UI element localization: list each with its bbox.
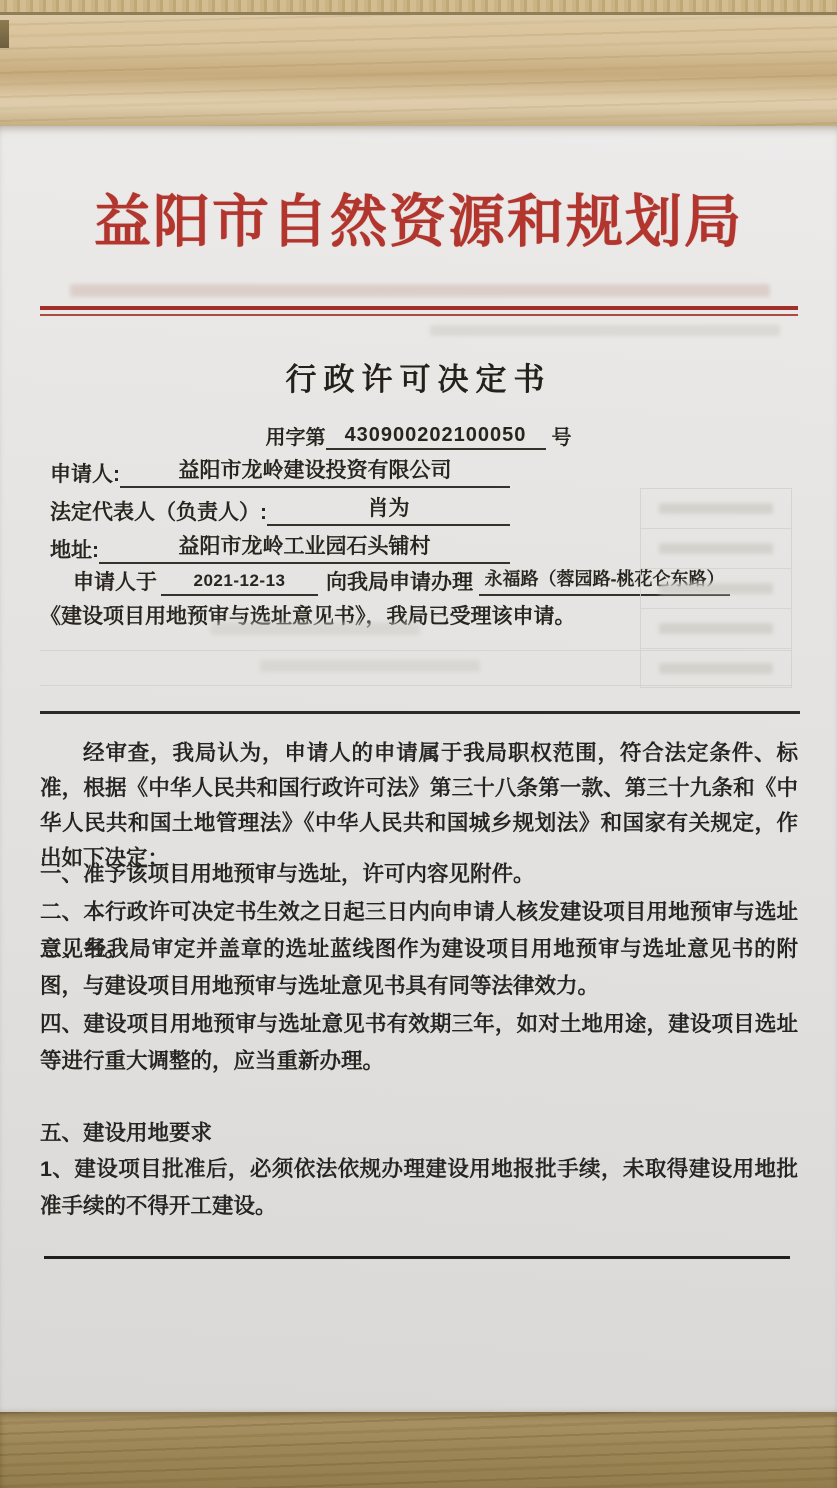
document-number-line: 用字第430900202100050号 [0, 416, 837, 450]
photo-of-document: 益阳市自然资源和规划局 行政许可决定书 用字第430900202100050号 … [0, 0, 837, 1488]
agency-title: 益阳市自然资源和规划局 [0, 176, 837, 258]
bleed-through-table-row [641, 649, 791, 689]
section-five-item-1: 1、建设项目批准后，必须依法依规办理建设用地报批手续，未取得建设用地批准手续的不… [40, 1151, 798, 1225]
bleed-through-line [40, 685, 792, 686]
bleed-through-table-row [641, 569, 791, 609]
document-number-suffix: 号 [552, 421, 572, 450]
application-prefix: 申请人于 [73, 566, 157, 596]
bleed-through-text-band [260, 660, 480, 672]
field-address-value: 益阳市龙岭工业园石头铺村 [99, 530, 510, 564]
bleed-through-text-band [70, 284, 770, 297]
application-middle-text: 向我局申请办理 [326, 566, 473, 596]
application-line: 申请人于 2021-12-13 向我局申请办理 永福路（蓉园路-桃花仑东路） [40, 560, 730, 596]
field-applicant: 申请人: 益阳市龙岭建设投资有限公司 [50, 456, 510, 488]
field-legal-representative-label: 法定代表人（负责人）: [50, 496, 267, 526]
red-header-rule-thin [40, 314, 798, 316]
decision-item-3: 三、经我局审定并盖章的选址蓝线图作为建设项目用地预审与选址意见书的附图，与建设项… [40, 931, 798, 1005]
application-date: 2021-12-13 [161, 571, 318, 596]
field-applicant-value: 益阳市龙岭建设投资有限公司 [120, 454, 510, 488]
section-five-title: 五、建设用地要求 [40, 1118, 798, 1148]
bleed-through-table [640, 488, 792, 688]
document-number-prefix: 用字第 [266, 421, 326, 450]
field-legal-representative-value: 肖为 [267, 492, 510, 526]
document-number-value: 430900202100050 [326, 424, 546, 450]
bleed-through-table-row [641, 609, 791, 649]
bleed-through-table-row [641, 529, 791, 569]
decision-item-1: 一、准予该项目用地预审与选址，许可内容见附件。 [40, 856, 798, 893]
field-applicant-label: 申请人: [50, 458, 120, 488]
decision-item-4: 四、建设项目用地预审与选址意见书有效期三年，如对土地用途，建设项目选址等进行重大… [40, 1006, 798, 1080]
section-divider-rule [40, 711, 800, 714]
bleed-through-text-band [210, 622, 420, 635]
document-paper: 益阳市自然资源和规划局 行政许可决定书 用字第430900202100050号 … [0, 126, 837, 1412]
review-paragraph: 经审查，我局认为，申请人的申请属于我局职权范围，符合法定条件、标准，根据《中华人… [40, 736, 798, 876]
wood-dark-notch [0, 20, 9, 48]
document-title: 行政许可决定书 [0, 354, 837, 399]
red-header-rule [40, 306, 798, 310]
wood-plank-edge [0, 0, 837, 15]
wood-table-bottom [0, 1412, 837, 1488]
bleed-through-line [40, 650, 792, 651]
wood-table-top [0, 0, 837, 126]
bottom-rule [44, 1256, 790, 1259]
bleed-through-text-band [430, 325, 780, 336]
field-legal-representative: 法定代表人（负责人）: 肖为 [50, 494, 510, 526]
bleed-through-table-row [641, 489, 791, 529]
